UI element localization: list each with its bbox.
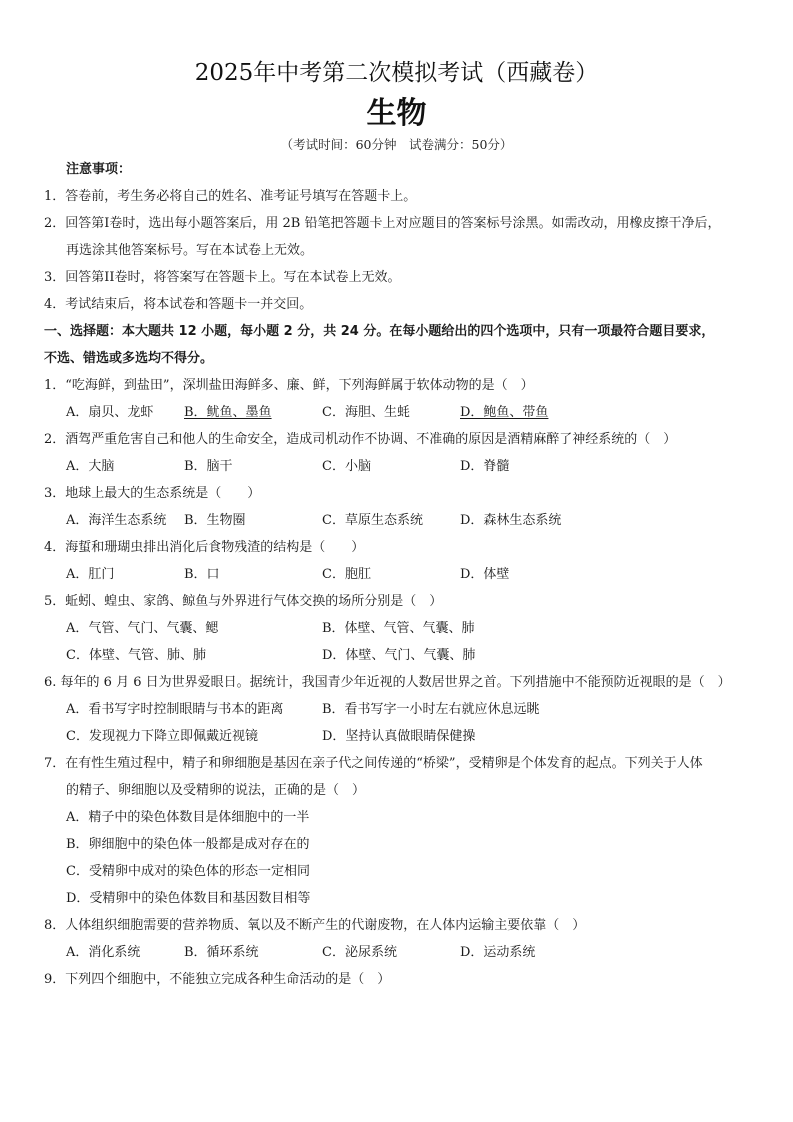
question-stem: 4．海蜇和珊瑚虫排出消化后食物残渣的结构是（ ） bbox=[44, 540, 364, 556]
question-stem: 3．地球上最大的生态系统是（ ） bbox=[44, 486, 260, 502]
option-c: C．海胆、生蚝 bbox=[322, 405, 410, 421]
question-stem-continuation: 的精子、卵细胞以及受精卵的说法，正确的是（ ） bbox=[66, 783, 365, 799]
option-c: C．受精卵中成对的染色体的形态一定相同 bbox=[66, 864, 310, 880]
exam-meta: （考试时间：60分钟 试卷满分：50分） bbox=[0, 135, 793, 153]
exam-title: 2025年中考第二次模拟考试（西藏卷） bbox=[0, 54, 793, 87]
option-a: A．扇贝、龙虾 bbox=[66, 405, 153, 421]
option-b: B．脑干 bbox=[184, 459, 233, 475]
option-b: B．口 bbox=[184, 567, 220, 583]
option-b: B．生物圈 bbox=[184, 513, 246, 529]
option-d: D．脊髓 bbox=[460, 459, 509, 475]
question-stem: 6. 每年的 6 月 6 日为世界爱眼日。据统计，我国青少年近视的人数居世界之首… bbox=[44, 675, 731, 691]
question-stem: 7．在有性生殖过程中，精子和卵细胞是基因在亲子代之间传递的“桥梁”，受精卵是个体… bbox=[44, 756, 703, 772]
option-c: C．泌尿系统 bbox=[322, 945, 397, 961]
note-item: 1．答卷前，考生务必将自己的姓名、准考证号填写在答题卡上。 bbox=[44, 189, 416, 205]
option-d: D．坚持认真做眼睛保健操 bbox=[322, 729, 475, 745]
option-b: B．卵细胞中的染色体一般都是成对存在的 bbox=[66, 837, 310, 853]
section-heading: 一、选择题：本大题共 12 小题，每小题 2 分，共 24 分。在每小题给出的四… bbox=[44, 324, 714, 340]
option-a: A．气管、气门、气囊、鳃 bbox=[66, 621, 218, 637]
exam-subject: 生物 bbox=[0, 88, 793, 132]
option-c: C．体壁、气管、肺、肺 bbox=[66, 648, 206, 664]
option-b: B．看书写字一小时左右就应休息远眺 bbox=[322, 702, 540, 718]
note-item-continuation: 再选涂其他答案标号。写在本试卷上无效。 bbox=[66, 243, 313, 259]
question-stem: 5．蚯蚓、蝗虫、家鸽、鲸鱼与外界进行气体交换的场所分别是（ ） bbox=[44, 594, 442, 610]
notes-heading: 注意事项： bbox=[66, 162, 131, 178]
option-a: A．海洋生态系统 bbox=[66, 513, 166, 529]
section-heading-continuation: 不选、错选或多选均不得分。 bbox=[44, 351, 213, 367]
option-d: D．鲍鱼、带鱼 bbox=[460, 405, 548, 421]
option-d: D．运动系统 bbox=[460, 945, 535, 961]
option-a: A．肛门 bbox=[66, 567, 114, 583]
option-d: D．森林生态系统 bbox=[460, 513, 561, 529]
exam-page: 2025年中考第二次模拟考试（西藏卷） 生物 （考试时间：60分钟 试卷满分：5… bbox=[0, 0, 793, 1122]
option-a: A．精子中的染色体数目是体细胞中的一半 bbox=[66, 810, 309, 826]
option-a: A．看书写字时控制眼睛与书本的距离 bbox=[66, 702, 283, 718]
question-stem: 1．“吃海鲜，到盐田”，深圳盐田海鲜多、廉、鲜，下列海鲜属于软体动物的是（ ） bbox=[44, 378, 534, 394]
option-c: C．胞肛 bbox=[322, 567, 371, 583]
option-d: D．体壁、气门、气囊、肺 bbox=[322, 648, 475, 664]
option-b: B．循环系统 bbox=[184, 945, 259, 961]
option-c: C．草原生态系统 bbox=[322, 513, 423, 529]
note-item: 3．回答第II卷时，将答案写在答题卡上。写在本试卷上无效。 bbox=[44, 270, 401, 286]
option-c: C．小脑 bbox=[322, 459, 371, 475]
option-b: B．体壁、气管、气囊、肺 bbox=[322, 621, 475, 637]
note-item: 4．考试结束后，将本试卷和答题卡一并交回。 bbox=[44, 297, 312, 313]
option-a: A．大脑 bbox=[66, 459, 114, 475]
question-stem: 9．下列四个细胞中，不能独立完成各种生命活动的是（ ） bbox=[44, 972, 390, 988]
option-b: B．鱿鱼、墨鱼 bbox=[184, 405, 272, 421]
option-d: D．受精卵中的染色体数目和基因数目相等 bbox=[66, 891, 310, 907]
question-stem: 2．酒驾严重危害自己和他人的生命安全，造成司机动作不协调、不准确的原因是酒精麻醉… bbox=[44, 432, 676, 448]
option-c: C．发现视力下降立即佩戴近视镜 bbox=[66, 729, 258, 745]
note-item: 2．回答第I卷时，选出每小题答案后，用 2B 铅笔把答题卡上对应题目的答案标号涂… bbox=[44, 216, 721, 232]
question-stem: 8．人体组织细胞需要的营养物质、氧以及不断产生的代谢废物，在人体内运输主要依靠（… bbox=[44, 918, 585, 934]
option-a: A．消化系统 bbox=[66, 945, 140, 961]
option-d: D．体壁 bbox=[460, 567, 509, 583]
